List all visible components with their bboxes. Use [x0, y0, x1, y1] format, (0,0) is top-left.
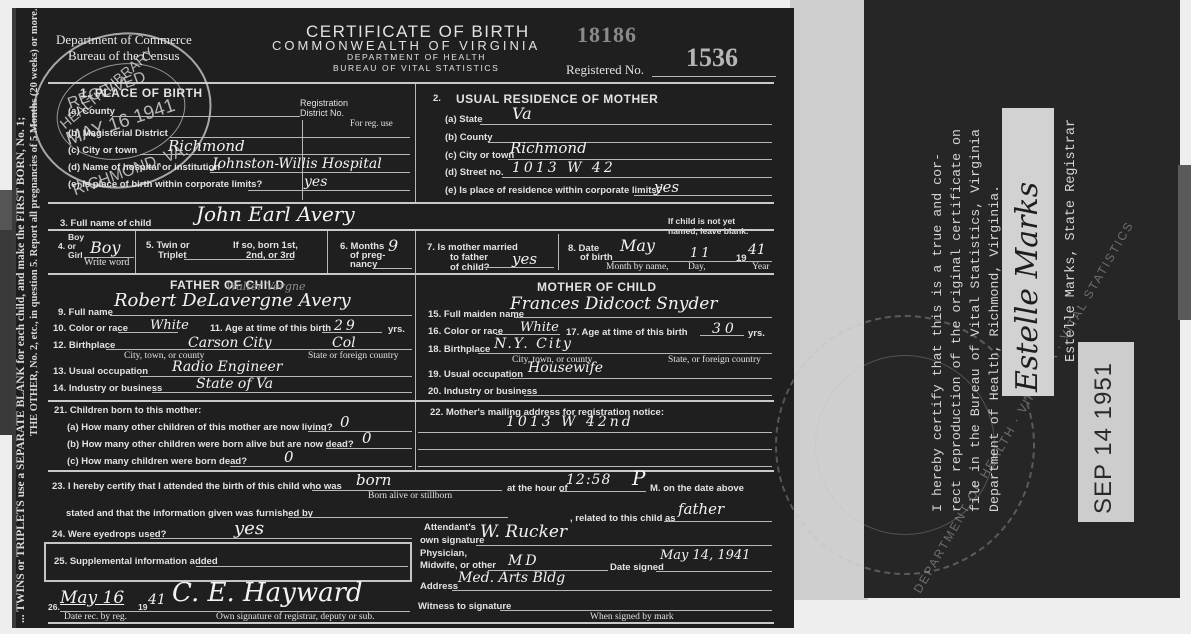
corporate-limits-value: yes: [304, 174, 327, 190]
res-city-value: Richmond: [510, 139, 587, 157]
county-label: (a) County: [68, 106, 115, 117]
certification-line: rect reproduction of the original certif…: [947, 129, 966, 512]
months-value: 9: [388, 236, 398, 255]
hospital-value: Johnston-Willis Hospital: [212, 156, 382, 172]
registrar-signature: C. E. Hayward: [172, 578, 363, 608]
commonwealth-title: COMMONWEALTH OF VIRGINIA: [272, 38, 540, 53]
stamped-number: 18186: [577, 22, 637, 48]
dob-caption-month: Month by name,: [606, 262, 669, 272]
children-b-label: (b) How many other children were born al…: [67, 439, 354, 450]
margin-instruction-line-2: THE OTHER, No. 2, etc., in question 5. R…: [29, 8, 40, 436]
children-a-value: 0: [340, 413, 350, 431]
certify-label: 23. I hereby certify that I attended the…: [52, 481, 342, 492]
registrar-signature-caption: Own signature of registrar, deputy or su…: [216, 612, 374, 622]
res-corporate-label: (e) Is place of residence within corpora…: [445, 185, 663, 196]
dob-caption-day: Day,: [688, 262, 706, 272]
attendant-signature-label: Attendant's: [424, 522, 476, 533]
mother-industry-label: 20. Industry or business: [428, 386, 537, 397]
for-reg-use: For reg. use: [350, 118, 393, 128]
hour-suffix: M. on the date above: [650, 483, 744, 494]
city-value: Richmond: [168, 137, 245, 155]
mailing-address-value: 1013 W 42nd: [506, 414, 634, 430]
born-value: born: [356, 471, 391, 489]
state-registrar-name: Estelle Marks, State Registrar: [1064, 119, 1079, 362]
mother-occupation-label: 19. Usual occupation: [428, 369, 523, 380]
mother-race-label: 16. Color or race: [428, 326, 503, 337]
sex-label: Girl: [68, 250, 83, 260]
dob-year-prefix: 19: [736, 253, 747, 264]
mother-occupation-value: Housewife: [528, 360, 603, 376]
supplemental-label: 25. Supplemental information added: [54, 556, 218, 567]
mother-yrs: yrs.: [748, 328, 765, 339]
date-signed-value: May 14, 1941: [660, 548, 750, 563]
not-named-note: named, leave blank.: [668, 226, 748, 236]
city-label: (c) City or town: [68, 145, 137, 156]
bureau-vital-statistics: BUREAU OF VITAL STATISTICS: [333, 63, 499, 73]
margin-instruction-line-1: ... TWINS or TRIPLETS use a SEPARATE BLA…: [15, 117, 27, 623]
certification-line: file in the Bureau of Vital Statistics, …: [966, 129, 985, 512]
mother-birthplace-value: N.Y. City: [494, 336, 573, 352]
born-caption: Born alive or stillborn: [368, 491, 452, 501]
father-occupation-value: Radio Engineer: [172, 359, 282, 375]
father-occupation-label: 13. Usual occupation: [53, 366, 148, 377]
not-named-note: If child is not yet: [668, 216, 735, 226]
father-race-value: White: [150, 318, 189, 333]
background-edge: [1178, 165, 1191, 320]
mother-name-value: Frances Didcoct Snyder: [510, 294, 717, 314]
street-label: (d) Street no.: [445, 167, 504, 178]
children-b-value: 0: [362, 429, 372, 447]
registrar-number: 26.: [48, 602, 60, 612]
year-suffix: 41: [148, 592, 166, 608]
children-heading: 21. Children born to this mother:: [54, 405, 201, 416]
dob-day: 11: [690, 246, 713, 261]
attendant-signature-label: own signature: [420, 535, 484, 546]
state-value: Va: [512, 104, 532, 123]
stated-label: stated and that the information given wa…: [66, 508, 313, 519]
children-a-label: (a) How many other children of this moth…: [67, 422, 333, 433]
father-race-label: 10. Color or race: [53, 323, 128, 334]
related-value: father: [678, 500, 724, 518]
state-label: (a) State: [445, 114, 482, 125]
state-registrar-signature: Estelle Marks: [1010, 182, 1045, 392]
children-c-label: (c) How many children were born dead?: [67, 456, 247, 467]
residence-heading: USUAL RESIDENCE OF MOTHER: [456, 92, 658, 106]
date-received-value: May 16: [60, 588, 124, 608]
dob-year-suffix: 41: [748, 242, 766, 258]
father-industry-label: 14. Industry or business: [53, 383, 162, 394]
twin-label: Triplet: [158, 250, 187, 261]
father-name-annotation: Walter Vergne: [226, 280, 305, 293]
hospital-label: (d) Name of hospital or institution: [68, 162, 220, 173]
meridiem-value: P: [632, 466, 645, 490]
mother-age-label: 17. Age at time of this birth: [566, 327, 688, 338]
physician-value: MD: [508, 553, 540, 569]
father-name-label: 9. Full name: [58, 307, 113, 318]
father-age-label: 11. Age at time of this birth: [210, 323, 331, 334]
res-corporate-value: yes: [654, 178, 679, 196]
father-state-caption: State or foreign country: [308, 351, 399, 361]
child-name-label: 3. Full name of child: [60, 218, 151, 229]
residence-number: 2.: [433, 93, 441, 104]
mark-caption: When signed by mark: [590, 612, 674, 622]
father-industry-value: State of Va: [196, 376, 273, 392]
date-received-caption: Date rec. by reg.: [64, 612, 127, 622]
write-word-caption: Write word: [84, 257, 129, 268]
certification-date-stamp: SEP 14 1951: [1090, 362, 1118, 514]
registered-number: 1536: [686, 43, 738, 73]
street-value: 1013 W 42: [512, 160, 616, 176]
witness-label: Witness to signature: [418, 601, 511, 612]
dob-month: May: [620, 236, 655, 255]
certification-text: I hereby certify that this is a true and…: [928, 129, 1004, 512]
place-of-birth-heading: 1. PLACE OF BIRTH: [80, 86, 203, 100]
hour-label: at the hour of: [507, 483, 568, 494]
mother-heading: MOTHER OF CHILD: [537, 280, 657, 294]
address-value: Med. Arts Bldg: [458, 570, 565, 586]
magisterial-label: (b) Magisterial District: [68, 128, 168, 139]
department-of-health: DEPARTMENT OF HEALTH: [347, 52, 486, 62]
mother-state-caption: State, or foreign country: [668, 355, 761, 365]
dob-caption-year: Year: [752, 262, 770, 272]
child-name-value: John Earl Avery: [196, 202, 355, 226]
registration-district-label: Registration District No.: [300, 98, 370, 118]
related-label: , related to this child as: [570, 513, 676, 524]
physician-label: Physician,: [420, 548, 467, 559]
certification-line: I hereby certify that this is a true and…: [928, 129, 947, 512]
father-yrs: yrs.: [388, 324, 405, 335]
registered-no-label: Registered No.: [566, 62, 644, 78]
children-c-value: 0: [284, 448, 294, 466]
res-county-label: (b) County: [445, 132, 493, 143]
corporate-limits-label: (e) Is place of birth within corporate l…: [68, 179, 262, 190]
mother-race-value: White: [520, 320, 559, 335]
father-name-value: Robert DeLavergne Avery: [114, 290, 351, 311]
sex-value: Boy: [90, 238, 120, 257]
attendant-signature-value: W. Rucker: [480, 522, 567, 542]
eyedrops-value: yes: [234, 518, 264, 539]
hour-value: 12:58: [566, 472, 611, 488]
res-city-label: (c) City or town: [445, 150, 514, 161]
married-value: yes: [512, 250, 537, 268]
